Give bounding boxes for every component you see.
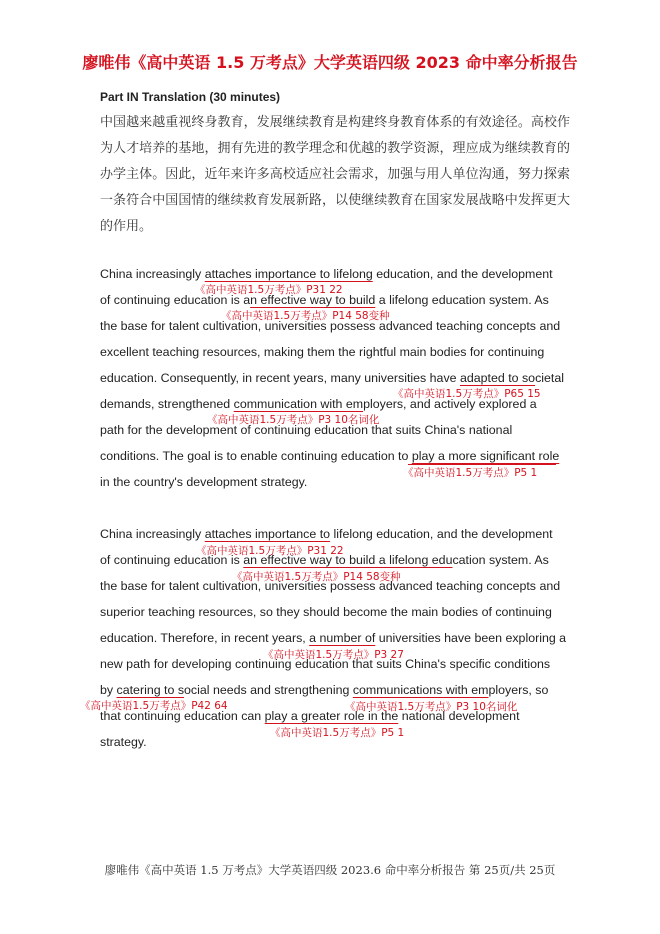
t1-line-4: excellent teaching resources, making the… [100,345,544,359]
text: national development [398,709,519,723]
highlight-phrase: an effective way to build a lifelong edu [243,553,452,567]
t2-line-1: China increasingly attaches importance t… [100,527,553,541]
highlight-phrase: play a greater role in the [265,709,399,723]
text: China increasingly [100,267,205,281]
t1-line-2: of continuing education is an effective … [100,293,549,307]
highlight-phrase: n effective way to build [250,293,375,307]
text: of continuing education is [100,553,243,567]
text: by [100,683,117,697]
t1-line-5: education. Consequently, in recent years… [100,371,564,385]
text: demands, strengthened [100,397,234,411]
t1-line-6: demands, strengthened communication with… [100,397,537,411]
t2-line-6: new path for developing continuing educa… [100,657,550,671]
chinese-source-paragraph: 中国越来越重视终身教育，发展继续教育是构建终身教育体系的有效途径。高校作为人才培… [100,110,570,240]
annotation: 《高中英语1.5万考点》P5 1 [270,725,404,740]
document-title: 廖唯伟《高中英语 1.5 万考点》大学英语四级 2023 命中率分析报告 [0,50,660,73]
text: cietal [535,371,564,385]
t1-line-9: in the country's development strategy. [100,475,307,489]
t1-line-7: path for the development of continuing e… [100,423,512,437]
section-heading: Part IN Translation (30 minutes) [100,90,280,104]
t2-line-4: superior teaching resources, so they sho… [100,605,552,619]
highlight-phrase: communication with em [234,397,363,411]
annotation: 《高中英语1.5万考点》P5 1 [403,465,537,480]
t2-line-7: by catering to social needs and strength… [100,683,548,697]
text: that continuing education can [100,709,265,723]
highlight-phrase: play a more significant role [412,449,559,463]
text: a lifelong education system. As [375,293,549,307]
highlight-phrase: attaches importance to lifelong [205,267,373,281]
t2-line-2: of continuing education is an effective … [100,553,549,567]
text: of continuing education is a [100,293,250,307]
text: lifelong education, and the development [330,527,553,541]
text: cation system. As [452,553,548,567]
highlight-phrase: attaches importance to [205,527,330,541]
text: ocial needs and strengthening [184,683,353,697]
t1-line-1: China increasingly attaches importance t… [100,267,553,281]
t2-line-8: that continuing education can play a gre… [100,709,520,723]
highlight-phrase: a number of [309,631,375,645]
highlight-phrase: communications with em [353,683,489,697]
t2-line-5: education. Therefore, in recent years, a… [100,631,566,645]
text: ployers, and actively explored a [363,397,537,411]
highlight-phrase: adapted to so [460,371,535,385]
highlight-phrase: catering to s [117,683,185,697]
page-footer: 廖唯伟《高中英语 1.5 万考点》大学英语四级 2023.6 命中率分析报告 第… [0,862,660,878]
t2-line-9: strategy. [100,735,147,749]
text: ployers, so [488,683,548,697]
text: conditions. The goal is to enable contin… [100,449,412,463]
t1-line-8: conditions. The goal is to enable contin… [100,449,559,463]
text: education, and the development [373,267,553,281]
text: education. Therefore, in recent years, [100,631,309,645]
text: education. Consequently, in recent years… [100,371,460,385]
text: China increasingly [100,527,205,541]
t2-line-3: the base for talent cultivation, univers… [100,579,560,593]
t1-line-3: the base for talent cultivation, univers… [100,319,560,333]
text: universities have been exploring a [375,631,566,645]
